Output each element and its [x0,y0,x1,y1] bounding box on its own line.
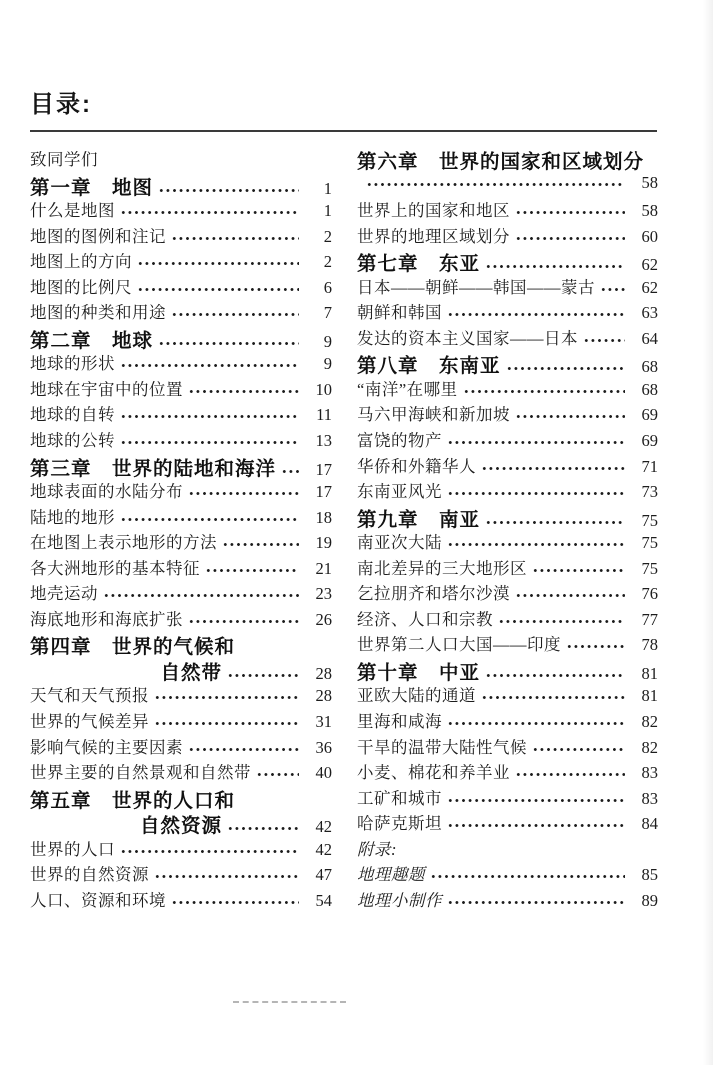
toc-entry-row: 地球的自转11 [30,401,332,427]
dot-leader [447,787,625,804]
dot-leader [188,378,299,395]
dot-leader [154,864,299,881]
toc-item-text: 地壳运动 [30,580,98,604]
toc-entry-row: 天气和天气预报28 [30,682,332,708]
toc-entry-row: 南北差异的三大地形区75 [357,555,658,581]
toc-chapter-row: 第五章 世界的人口和 [30,785,332,811]
toc-entry-row: 地图的种类和用途7 [30,299,332,325]
page-number: 21 [306,559,332,579]
page-number: 42 [306,817,332,837]
dot-leader [188,481,299,498]
toc-item-text: 经济、人口和宗教 [357,606,493,630]
dot-leader [188,736,299,753]
page-number: 47 [306,865,332,885]
toc-item-text: 地球的自转 [30,401,115,425]
dot-leader [120,404,299,421]
toc-entry-row: 海底地形和海底扩张26 [30,606,332,632]
toc-item-text: 致同学们 [30,146,98,170]
dot-leader [447,481,625,498]
page-number: 13 [306,431,332,451]
dot-leader [485,509,625,526]
dot-leader [515,225,625,242]
page-number: 78 [632,635,658,655]
dot-leader [447,711,625,728]
page-number: 82 [632,738,658,758]
dot-leader [566,634,625,651]
dot-leader [481,685,625,702]
toc-item-text: 世界的地理区域划分 [357,223,510,247]
dot-leader [506,356,625,373]
toc-item-text: 影响气候的主要因素 [30,734,183,758]
page-number: 11 [306,405,332,425]
toc-entry-row: 地球在宇宙中的位置10 [30,376,332,402]
toc-item-text: 第九章 南亚 [357,504,480,532]
toc-chapter-row: 58 [357,172,658,198]
dot-leader [227,816,299,833]
toc-item-text: 华侨和外籍华人 [357,453,476,477]
toc-item-text: 自然带 [160,657,222,685]
page-number: 58 [632,201,658,221]
toc-item-text: 乞拉朋齐和塔尔沙漠 [357,580,510,604]
toc-item-text: 世界的自然资源 [30,861,149,885]
dot-leader [447,813,625,830]
toc-chapter-row: 自然资源42 [30,810,332,836]
toc-item-text: 各大洲地形的基本特征 [30,555,200,579]
dot-leader [430,864,625,881]
page-number: 62 [632,278,658,298]
page-number: 40 [306,763,332,783]
toc-entry-row: 富饶的物产69 [357,427,658,453]
dot-leader [515,404,625,421]
toc-item-text: 世界第二人口大国——印度 [357,631,561,655]
dot-leader [583,327,625,344]
toc-chapter-row: 第一章 地图1 [30,172,332,198]
header-divider [30,130,657,132]
page-number: 58 [632,173,658,193]
toc-entry-row: 地球的公转13 [30,427,332,453]
toc-item-text: 地球的公转 [30,427,115,451]
toc-item-text: 地图上的方向 [30,248,132,272]
toc-item-text: “南洋”在哪里 [357,376,458,400]
toc-entry-row: 世界的气候差异31 [30,708,332,734]
dot-leader [120,506,299,523]
dot-leader [188,608,299,625]
toc-entry-row: 地图上的方向2 [30,248,332,274]
dot-leader [485,662,625,679]
page-number: 63 [632,303,658,323]
page-number: 81 [632,664,658,684]
dot-leader [485,254,625,271]
toc-item-text: 自然资源 [140,810,222,838]
toc-entry-row: 世界的人口42 [30,836,332,862]
page-number: 75 [632,559,658,579]
page-number: 31 [306,712,332,732]
dot-leader [256,762,299,779]
page-number: 89 [632,891,658,911]
toc-right-column: 第六章 世界的国家和区域划分58世界上的国家和地区58世界的地理区域划分60第七… [357,146,658,912]
toc-entry-row: 世界的自然资源47 [30,861,332,887]
dot-leader [515,583,625,600]
toc-item-text: 第一章 地图 [30,172,153,200]
dot-leader [532,557,625,574]
toc-entry-row: 世界主要的自然景观和自然带40 [30,759,332,785]
toc-item-text: 东南亚风光 [357,478,442,502]
toc-item-text: 地图的图例和注记 [30,223,166,247]
dot-leader [171,225,299,242]
dot-leader [137,276,299,293]
dot-leader [171,889,299,906]
toc-entry-row: “南洋”在哪里68 [357,376,658,402]
toc-entry-row: 东南亚风光73 [357,478,658,504]
toc-entry-row: 亚欧大陆的通道81 [357,682,658,708]
toc-chapter-row: 自然带28 [30,657,332,683]
page-number: 42 [306,840,332,860]
page-number: 2 [306,252,332,272]
page-number: 17 [306,482,332,502]
page-number: 81 [632,686,658,706]
toc-entry-row: 陆地的地形18 [30,504,332,530]
page-number: 83 [632,763,658,783]
scan-artifact-dashes [233,1001,346,1003]
toc-chapter-row: 第十章 中亚81 [357,657,658,683]
toc-entry-row: 马六甲海峡和新加坡69 [357,401,658,427]
toc-entry-row: 影响气候的主要因素36 [30,734,332,760]
toc-entry-row: 什么是地图1 [30,197,332,223]
toc-entry-row: 日本——朝鲜——韩国——蒙古62 [357,274,658,300]
page-number: 60 [632,227,658,247]
page-number: 54 [306,891,332,911]
dot-leader [120,200,299,217]
toc-item-text: 第四章 世界的气候和 [30,631,235,659]
dot-leader [154,685,299,702]
toc-chapter-row: 第三章 世界的陆地和海洋17 [30,453,332,479]
toc-item-text: 朝鲜和韩国 [357,299,442,323]
toc-chapter-row: 第八章 东南亚68 [357,350,658,376]
dot-leader [463,378,625,395]
dot-leader [515,762,625,779]
page-number: 64 [632,329,658,349]
toc-entry-row: 在地图上表示地形的方法19 [30,529,332,555]
page-number: 10 [306,380,332,400]
page-number: 75 [632,533,658,553]
dot-leader [120,430,299,447]
toc-entry-row: 地理小制作89 [357,887,658,913]
toc-entry-row: 地图的图例和注记2 [30,223,332,249]
dot-leader [447,532,625,549]
toc-item-text: 日本——朝鲜——韩国——蒙古 [357,274,595,298]
page-number: 62 [632,255,658,275]
page-number: 18 [306,508,332,528]
page-number: 9 [306,354,332,374]
dot-leader [227,662,299,679]
page-number: 68 [632,357,658,377]
dot-leader [498,608,625,625]
toc-item-text: 世界主要的自然景观和自然带 [30,759,251,783]
page-number: 84 [632,814,658,834]
scan-edge-shading [703,0,713,1065]
toc-entry-row: 地理趣题85 [357,861,658,887]
toc-entry-row: 地图的比例尺6 [30,274,332,300]
page-number: 75 [632,511,658,531]
toc-entry-row: 世界上的国家和地区58 [357,197,658,223]
toc-item-text: 小麦、棉花和养羊业 [357,759,510,783]
toc-item-text: 天气和天气预报 [30,682,149,706]
dot-leader [281,458,299,475]
toc-item-text: 地球在宇宙中的位置 [30,376,183,400]
toc-entry-row: 发达的资本主义国家——日本64 [357,325,658,351]
toc-chapter-row: 第七章 东亚62 [357,248,658,274]
dot-leader [600,276,625,293]
toc-item-text: 南亚次大陆 [357,529,442,553]
toc-item-text: 附录: [357,836,397,860]
toc-item-text: 地理小制作 [357,887,442,911]
toc-item-text: 亚欧大陆的通道 [357,682,476,706]
toc-item-text: 世界的气候差异 [30,708,149,732]
toc-entry-row: 乞拉朋齐和塔尔沙漠76 [357,580,658,606]
toc-entry-row: 附录: [357,836,658,862]
dot-leader [158,177,299,194]
page-number: 7 [306,303,332,323]
page-number: 83 [632,789,658,809]
toc-item-text: 第六章 世界的国家和区域划分 [357,146,644,174]
page-number: 9 [306,332,332,352]
toc-item-text: 第三章 世界的陆地和海洋 [30,453,276,481]
toc-item-text: 富饶的物产 [357,427,442,451]
toc-entry-row: 世界的地理区域划分60 [357,223,658,249]
dot-leader [103,583,299,600]
page-number: 1 [306,179,332,199]
page-number: 71 [632,457,658,477]
page-number: 2 [306,227,332,247]
dot-leader [447,889,625,906]
toc-item-text: 世界上的国家和地区 [357,197,510,221]
page-title: 目录: [30,84,92,119]
toc-entry-row: 哈萨克斯坦84 [357,810,658,836]
toc-entry-row: 工矿和城市83 [357,785,658,811]
toc-entry-row: 小麦、棉花和养羊业83 [357,759,658,785]
toc-item-text: 第十章 中亚 [357,657,480,685]
toc-item-text: 干旱的温带大陆性气候 [357,734,527,758]
toc-item-text: 陆地的地形 [30,504,115,528]
toc-entry-row: 经济、人口和宗教77 [357,606,658,632]
dot-leader [222,532,299,549]
toc-entry-row: 人口、资源和环境54 [30,887,332,913]
toc-item-text: 世界的人口 [30,836,115,860]
dot-leader [205,557,299,574]
dot-leader [120,353,299,370]
page-number: 28 [306,664,332,684]
toc-entry-row: 世界第二人口大国——印度78 [357,631,658,657]
toc-chapter-row: 第二章 地球9 [30,325,332,351]
toc-item-text: 工矿和城市 [357,785,442,809]
toc-item-text: 在地图上表示地形的方法 [30,529,217,553]
page-number: 76 [632,584,658,604]
toc-item-text: 第八章 东南亚 [357,350,501,378]
toc-item-text: 地图的种类和用途 [30,299,166,323]
page-number: 85 [632,865,658,885]
toc-item-text: 第二章 地球 [30,325,153,353]
toc-chapter-row: 第六章 世界的国家和区域划分 [357,146,658,172]
dot-leader [137,251,299,268]
page-number: 36 [306,738,332,758]
toc-entry-row: 各大洲地形的基本特征21 [30,555,332,581]
toc-left-column: 致同学们第一章 地图1什么是地图1地图的图例和注记2地图上的方向2地图的比例尺6… [30,146,332,912]
page-number: 77 [632,610,658,630]
page-number: 23 [306,584,332,604]
toc-item-text: 地球表面的水陆分布 [30,478,183,502]
toc-entry-row: 华侨和外籍华人71 [357,453,658,479]
dot-leader [532,736,625,753]
toc-entry-row: 地球表面的水陆分布17 [30,478,332,504]
toc-item-text: 第五章 世界的人口和 [30,785,235,813]
toc-item-text: 里海和咸海 [357,708,442,732]
dot-leader [447,430,625,447]
page-number: 68 [632,380,658,400]
toc-item-text: 海底地形和海底扩张 [30,606,183,630]
toc-entry-row: 致同学们 [30,146,332,172]
page-number: 73 [632,482,658,502]
toc-chapter-row: 第九章 南亚75 [357,504,658,530]
toc-entry-row: 地壳运动23 [30,580,332,606]
toc-item-text: 马六甲海峡和新加坡 [357,401,510,425]
page-number: 17 [306,460,332,480]
dot-leader [158,330,299,347]
toc-item-text: 地球的形状 [30,350,115,374]
page-number: 6 [306,278,332,298]
toc-item-text: 地理趣题 [357,861,425,885]
toc-entry-row: 里海和咸海82 [357,708,658,734]
toc-entry-row: 干旱的温带大陆性气候82 [357,734,658,760]
dot-leader [481,455,625,472]
dot-leader [447,302,625,319]
page-number: 1 [306,201,332,221]
toc-item-text: 人口、资源和环境 [30,887,166,911]
dot-leader [154,711,299,728]
toc-entry-row: 朝鲜和韩国63 [357,299,658,325]
dot-leader [515,200,625,217]
page-number: 69 [632,431,658,451]
page-number: 82 [632,712,658,732]
page-number: 28 [306,686,332,706]
dot-leader [366,172,625,189]
toc-entry-row: 地球的形状9 [30,350,332,376]
toc-item-text: 什么是地图 [30,197,115,221]
dot-leader [171,302,299,319]
page-number: 19 [306,533,332,553]
page-number: 26 [306,610,332,630]
toc-item-text: 地图的比例尺 [30,274,132,298]
toc-item-text: 哈萨克斯坦 [357,810,442,834]
dot-leader [120,838,299,855]
toc-item-text: 南北差异的三大地形区 [357,555,527,579]
toc-item-text: 第七章 东亚 [357,248,480,276]
toc-item-text: 发达的资本主义国家——日本 [357,325,578,349]
toc-entry-row: 南亚次大陆75 [357,529,658,555]
toc-chapter-row: 第四章 世界的气候和 [30,631,332,657]
page-number: 69 [632,405,658,425]
